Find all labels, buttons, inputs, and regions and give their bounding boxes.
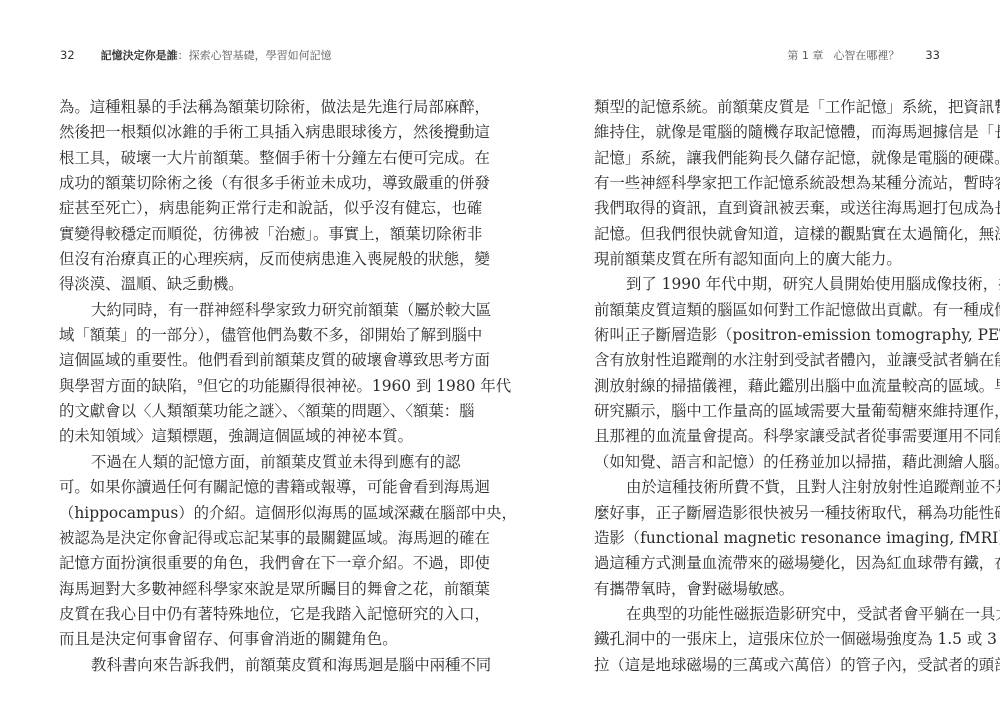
text-line: 皮質在我心目中仍有著特殊地位，它是我踏入記憶研究的入口， <box>59 602 409 627</box>
page-number: 32 <box>60 48 75 62</box>
text-line: 根工具，破壞一大片前額葉。整個手術十分鐘左右便可完成。在 <box>59 146 409 171</box>
text-line: 記憶」系統，讓我們能夠長久儲存記憶，就像是電腦的硬碟。10 <box>594 146 944 171</box>
text-line: 研究顯示，腦中工作量高的區域需要大量葡萄糖來維持運作，而 <box>594 399 944 424</box>
text-line: 類型的記憶系統。前額葉皮質是「工作記憶」系統，把資訊暫時 <box>594 95 944 120</box>
right-body-text: 類型的記憶系統。前額葉皮質是「工作記憶」系統，把資訊暫時維持住，就像是電腦的隨機… <box>594 95 944 678</box>
left-body-text: 為。這種粗暴的手法稱為額葉切除術，做法是先進行局部麻醉，然後把一根類似冰錐的手術… <box>59 95 409 678</box>
text-line: 記憶。但我們很快就會知道，這樣的觀點實在太過簡化，無法呈 <box>594 222 944 247</box>
text-line: 然後把一根類似冰錐的手術工具插入病患眼球後方，然後攪動這 <box>59 120 409 145</box>
title-separator: ： <box>178 49 189 62</box>
text-line: 在典型的功能性磁振造影研究中，受試者會平躺在一具大磁 <box>594 602 944 627</box>
text-line: 可。如果你讀過任何有關記憶的書籍或報導，可能會看到海馬迴 <box>59 475 409 500</box>
text-line: 前額葉皮質這類的腦區如何對工作記憶做出貢獻。有一種成像技 <box>594 298 944 323</box>
text-line: 且那裡的血流量會提高。科學家讓受試者從事需要運用不同能力 <box>594 424 944 449</box>
text-line: 含有放射性追蹤劑的水注射到受試者體內，並讓受試者躺在能偵 <box>594 348 944 373</box>
book-title: 記憶決定你是誰 <box>101 49 178 62</box>
text-line: （hippocampus）的介紹。這個形似海馬的區域深藏在腦部中央， <box>59 501 409 526</box>
text-line: 過這種方式測量血流帶來的磁場變化，因為紅血球帶有鐵，在沒 <box>594 551 944 576</box>
text-line: 拉（這是地球磁場的三萬或六萬倍）的管子內，受試者的頭部則 <box>594 653 944 678</box>
text-line: 測放射線的掃描儀裡，藉此鑑別出腦中血流量較高的區域。早期 <box>594 374 944 399</box>
text-line: 得淡漠、溫順、缺乏動機。 <box>59 272 409 297</box>
left-page: 32記憶決定你是誰：探索心智基礎，學習如何記憶 為。這種粗暴的手法稱為額葉切除術… <box>0 0 500 707</box>
text-line: 被認為是決定你會記得或忘記某事的最關鍵區域。海馬迴的確在 <box>59 526 409 551</box>
text-line: 由於這種技術所費不貲，且對人注射放射性追蹤劑並不是什 <box>594 475 944 500</box>
text-line: 而且是決定何事會留存、何事會消逝的關鍵角色。 <box>59 627 409 652</box>
text-line: 這個區域的重要性。他們看到前額葉皮質的破壞會導致思考方面 <box>59 348 409 373</box>
text-line: 海馬迴對大多數神經科學家來說是眾所矚目的舞會之花，前額葉 <box>59 577 409 602</box>
text-line: 症甚至死亡），病患能夠正常行走和說話，似乎沒有健忘，也確 <box>59 196 409 221</box>
text-line: 維持住，就像是電腦的隨機存取記憶體，而海馬迴據信是「長期 <box>594 120 944 145</box>
text-line: 有攜帶氧時，會對磁場敏感。 <box>594 577 944 602</box>
text-line: 不過在人類的記憶方面，前額葉皮質並未得到應有的認 <box>59 450 409 475</box>
right-page: 第 1 章心智在哪裡？33 類型的記憶系統。前額葉皮質是「工作記憶」系統，把資訊… <box>500 0 1000 707</box>
text-line: 到了 1990 年代中期，研究人員開始使用腦成像技術，揭示 <box>594 272 944 297</box>
text-line: 有一些神經科學家把工作記憶系統設想為某種分流站，暫時容納 <box>594 171 944 196</box>
text-line: 記憶方面扮演很重要的角色，我們會在下一章介紹。不過，即使 <box>59 551 409 576</box>
page-number: 33 <box>925 48 940 62</box>
chapter-number: 第 1 章 <box>787 49 823 62</box>
text-line: 成功的額葉切除術之後（有很多手術並未成功，導致嚴重的併發 <box>59 171 409 196</box>
text-line: 大約同時，有一群神經科學家致力研究前額葉（屬於較大區 <box>59 298 409 323</box>
text-line: 域「額葉」的一部分），儘管他們為數不多，卻開始了解到腦中 <box>59 323 409 348</box>
text-line: 實變得較穩定而順從，彷彿被「治癒」。事實上，額葉切除術非 <box>59 222 409 247</box>
text-line: 我們取得的資訊，直到資訊被丟棄，或送往海馬迴打包成為長期 <box>594 196 944 221</box>
text-line: 教科書向來告訴我們，前額葉皮質和海馬迴是腦中兩種不同 <box>59 653 409 678</box>
book-subtitle: 探索心智基礎，學習如何記憶 <box>189 49 332 62</box>
text-line: （如知覺、語言和記憶）的任務並加以掃描，藉此測繪人腦。 <box>594 450 944 475</box>
text-line: 造影（functional magnetic resonance imaging… <box>594 526 944 551</box>
text-line: 為。這種粗暴的手法稱為額葉切除術，做法是先進行局部麻醉， <box>59 95 409 120</box>
text-line: 鐵孔洞中的一張床上，這張床位於一個磁場強度為 1.5 或 3 特斯 <box>594 627 944 652</box>
text-line: 的文獻會以〈人類額葉功能之謎〉、〈額葉的問題〉、〈額葉：腦 <box>59 399 409 424</box>
text-line: 但沒有治療真正的心理疾病，反而使病患進入喪屍般的狀態，變 <box>59 247 409 272</box>
chapter-title: 心智在哪裡？ <box>833 49 899 62</box>
text-line: 術叫正子斷層造影（positron-emission tomography, P… <box>594 323 944 348</box>
text-line: 現前額葉皮質在所有認知面向上的廣大能力。 <box>594 247 944 272</box>
right-running-head: 第 1 章心智在哪裡？33 <box>787 47 940 64</box>
text-line: 與學習方面的缺陷，9但它的功能顯得很神祕。1960 到 1980 年代 <box>59 374 409 399</box>
text-line: 的未知領域〉這類標題，強調這個區域的神祕本質。 <box>59 424 409 449</box>
text-line: 麼好事，正子斷層造影很快被另一種技術取代，稱為功能性磁振 <box>594 501 944 526</box>
left-running-head: 32記憶決定你是誰：探索心智基礎，學習如何記憶 <box>60 47 332 64</box>
